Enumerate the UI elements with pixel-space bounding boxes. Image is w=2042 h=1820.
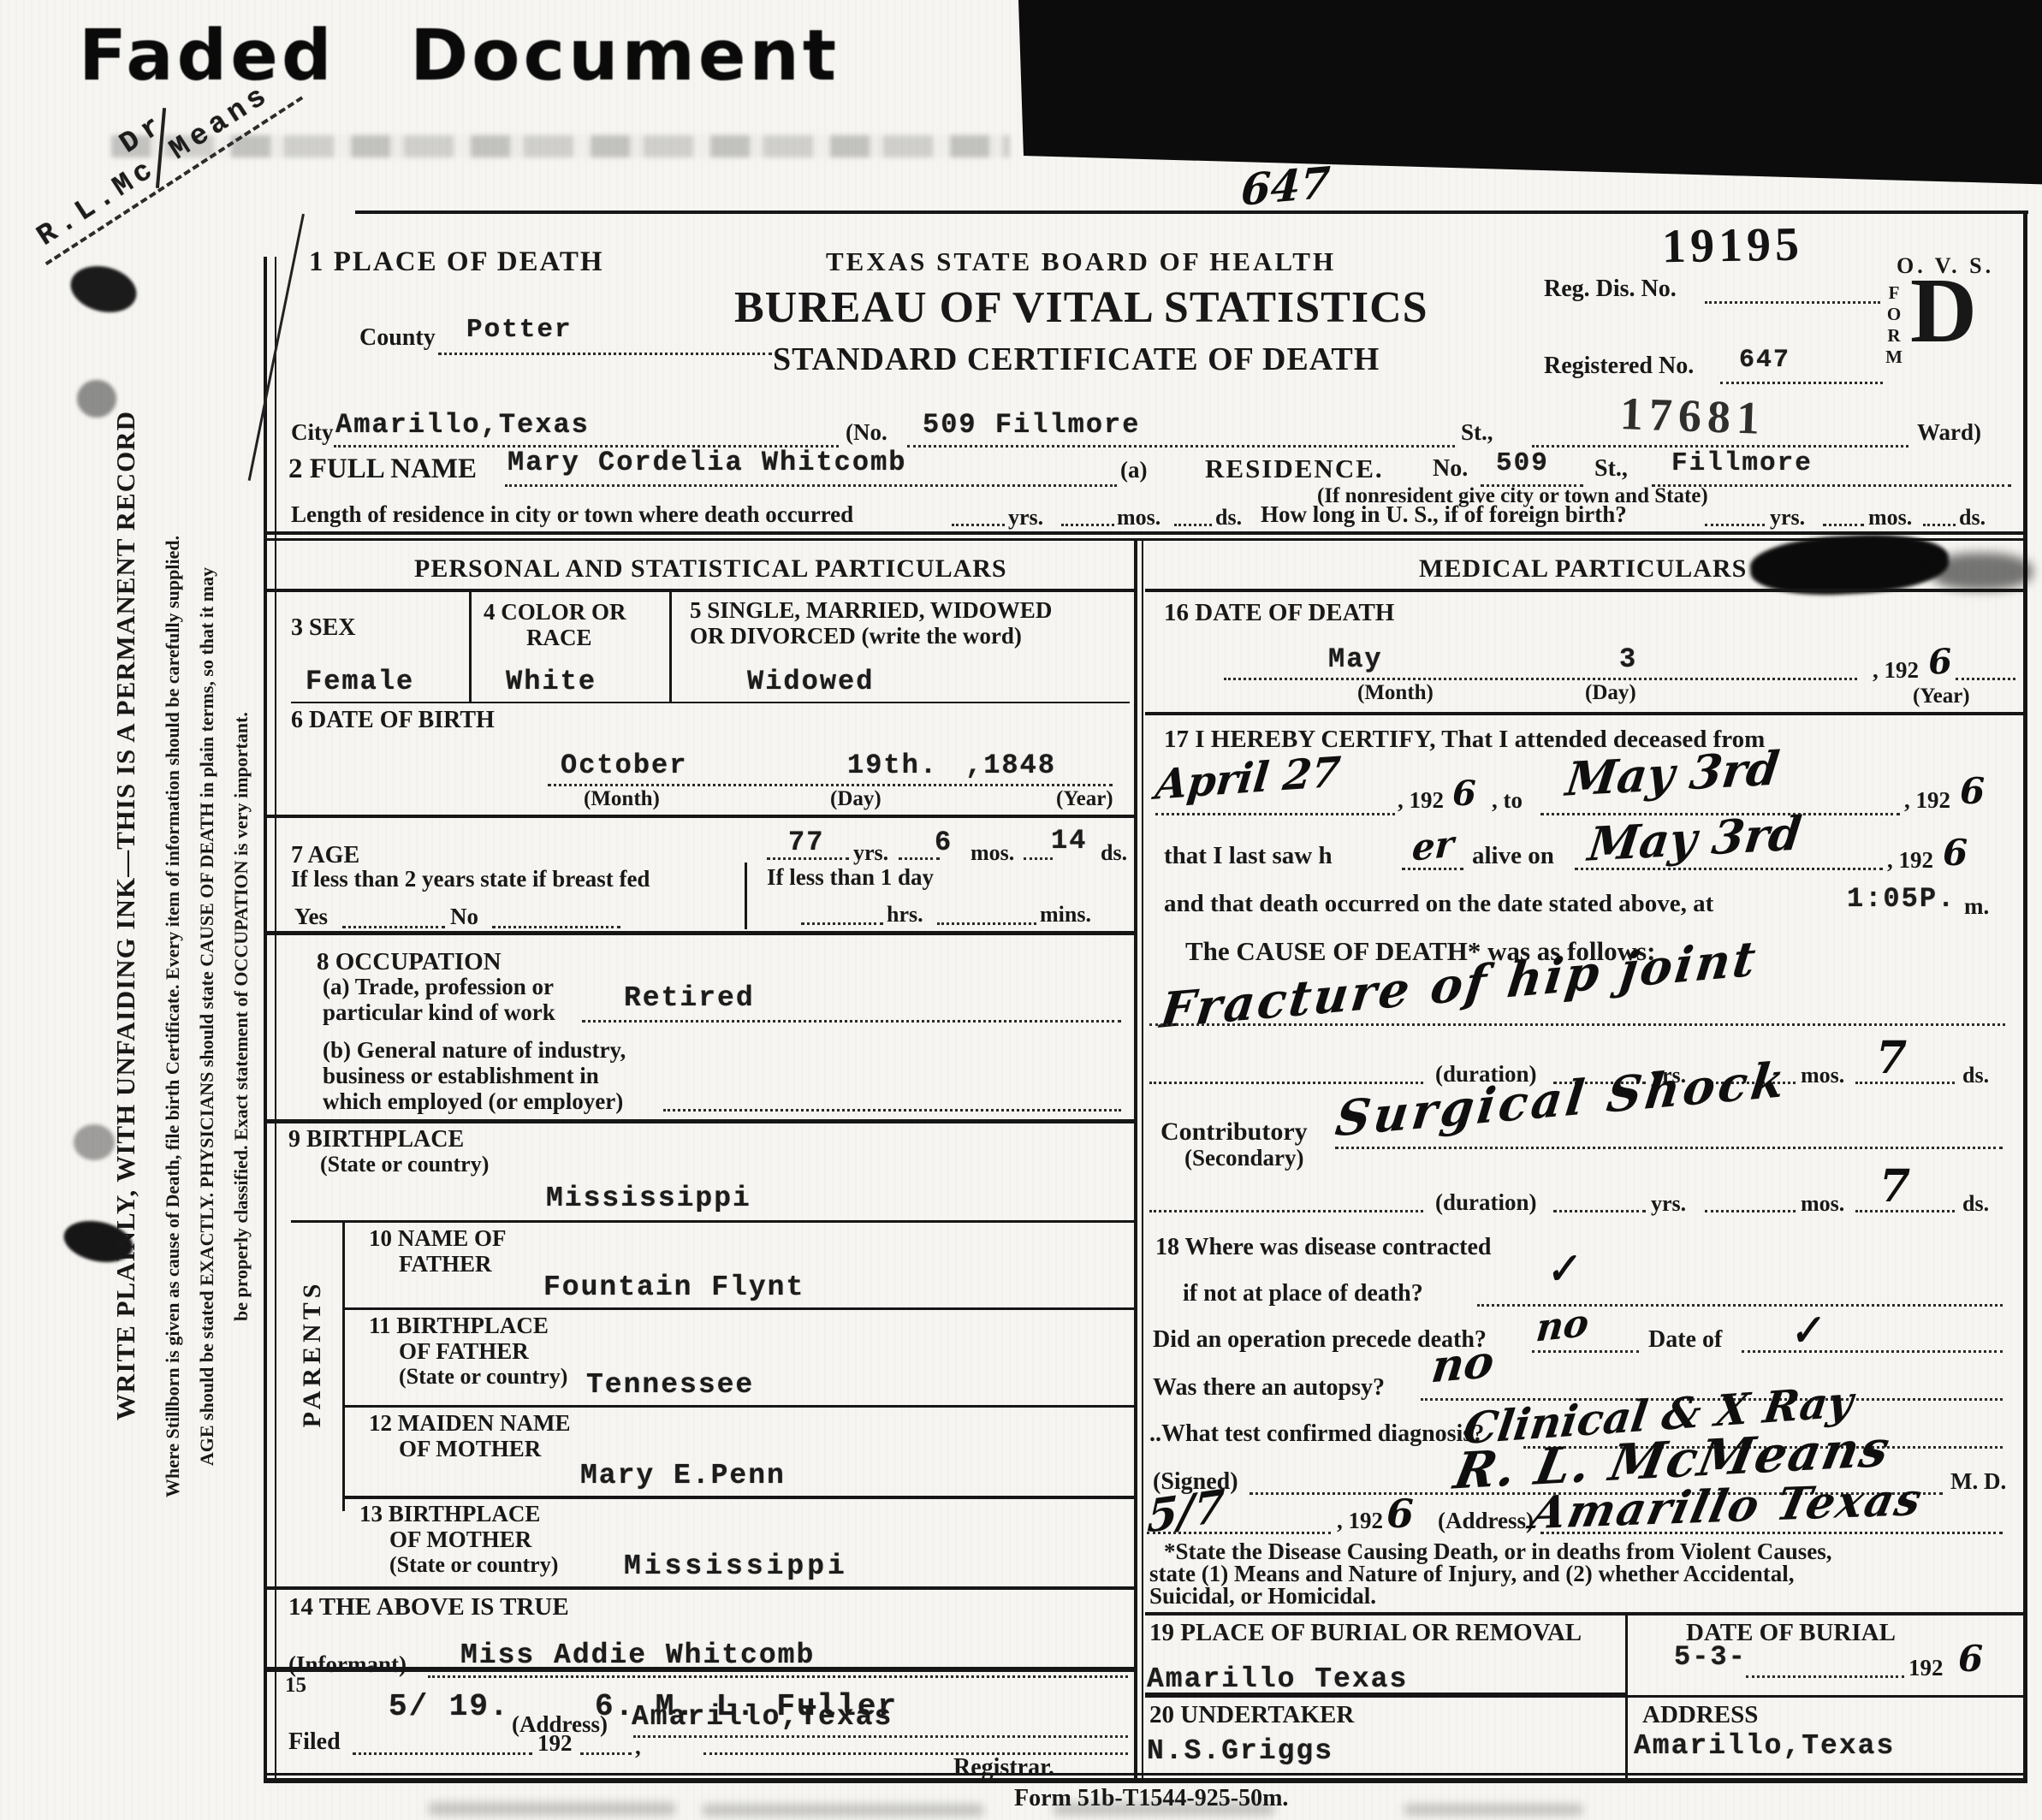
mother-name-label1: 12 MAIDEN NAME	[369, 1410, 571, 1437]
undertaker-address-label: ADDRESS	[1642, 1701, 1758, 1729]
dur2-dl2	[1705, 1210, 1796, 1212]
informant-address-line	[633, 1735, 1128, 1738]
q18-label-2: if not at place of death?	[1183, 1280, 1423, 1307]
father-bp-label1: 11 BIRTHPLACE	[369, 1313, 549, 1339]
dob-month-value: October	[561, 750, 687, 781]
form-border-bottom-thick	[264, 1778, 2027, 1783]
res-st-label: St.,	[1594, 455, 1628, 483]
len-mos2: mos.	[1868, 505, 1912, 531]
scanned-death-certificate: Faded Document 647 Dr R.L.Mc Means WRITE…	[0, 0, 2042, 1820]
marital-label-2: OR DIVORCED (write the word)	[690, 623, 1022, 649]
form-number: Form 51b-T1544-925-50m.	[1014, 1785, 1288, 1812]
ward-label: Ward)	[1917, 419, 1981, 446]
len-dl3	[1174, 524, 1212, 526]
field1-label: 1 PLACE OF DEATH	[309, 246, 604, 278]
filed-comma: ,	[635, 1734, 641, 1760]
autopsy-answer-hw: no	[1428, 1335, 1497, 1393]
mother-bp-cap: (State or country)	[389, 1552, 558, 1578]
father-name-value: Fountain Flynt	[543, 1272, 804, 1303]
full-name-value: Mary Cordelia Whitcomb	[508, 447, 906, 478]
len-mos: mos.	[1117, 505, 1160, 531]
footnote-line3: Suicidal, or Homicidal.	[1149, 1583, 1376, 1610]
county-line	[438, 353, 772, 355]
reg-dis-line	[1705, 301, 1880, 304]
hole-punch-3	[74, 1124, 115, 1160]
form-border-top	[355, 210, 2028, 214]
occ-a-value: Retired	[624, 982, 755, 1014]
father-bp-value: Tennessee	[586, 1369, 754, 1401]
mother-bp-value: Mississippi	[624, 1550, 848, 1582]
date-of-line	[1742, 1350, 2003, 1353]
dob-day-cap: (Day)	[830, 787, 882, 811]
dob-year-cap: (Year)	[1056, 787, 1113, 811]
filed-192: 192	[537, 1730, 573, 1757]
father-bp-label2: OF FATHER	[399, 1338, 529, 1365]
street-no-value: 509 Fillmore	[923, 409, 1140, 441]
dur1-dl0	[1149, 1082, 1423, 1084]
dob-year-value: ,1848	[965, 750, 1056, 781]
dur1-mos: mos.	[1801, 1063, 1844, 1088]
secondary-label: (Secondary)	[1184, 1145, 1303, 1171]
dod-month-value: May	[1328, 643, 1383, 675]
sign-address-label: (Address)	[1438, 1508, 1534, 1534]
residence-label: RESIDENCE.	[1205, 454, 1384, 484]
undertaker-label: 20 UNDERTAKER	[1149, 1701, 1354, 1729]
operation-line	[1532, 1350, 1639, 1353]
margin-warning-text: WRITE PLAINLY, WITH UNFAIDING INK—THIS I…	[110, 188, 141, 1643]
registrar-line	[703, 1752, 1128, 1755]
bottom-smudge-4	[1404, 1804, 1583, 1816]
form-border-left-inner	[275, 257, 276, 1780]
left-rule-15-top	[264, 1667, 1137, 1672]
age-divider	[745, 863, 747, 929]
death-time-value: 1:05P.	[1847, 883, 1956, 915]
parents-divider	[342, 1220, 345, 1511]
mother-name-value: Mary E.Penn	[580, 1460, 786, 1491]
dod-day-value: 3	[1619, 643, 1637, 675]
form-letter-d: D	[1910, 258, 1977, 365]
form-border-right	[2023, 210, 2027, 1781]
section-rule-2	[264, 538, 2025, 541]
parents-label: PARENTS	[298, 1230, 327, 1478]
undertaker-address-value: Amarillo,Texas	[1634, 1730, 1895, 1762]
dur2-dl3	[1855, 1210, 1955, 1212]
registrar-label: Registrar.	[953, 1754, 1054, 1781]
occupation-label: 8 OCCUPATION	[317, 948, 502, 976]
attend-to-hw: May 3rd	[1563, 740, 1782, 807]
registrar-name-value: 6. M. L. Fuller	[595, 1689, 898, 1724]
age-mos-label: mos.	[971, 840, 1014, 866]
mins-dl	[937, 922, 1036, 925]
date-of-check-icon: ✓	[1785, 1306, 1825, 1356]
left-rule-j	[264, 1586, 1137, 1590]
above-true-label: 14 THE ABOVE IS TRUE	[288, 1593, 569, 1621]
org-line1: TEXAS STATE BOARD OF HEALTH	[826, 246, 1336, 277]
len-ds2: ds.	[1959, 505, 1986, 531]
mother-bp-label1: 13 BIRTHPLACE	[359, 1501, 540, 1527]
date-of-label: Date of	[1648, 1326, 1722, 1354]
bottom-smudge-2	[702, 1804, 984, 1817]
section-rule-1	[264, 531, 2025, 535]
form-border-left-outer	[264, 257, 267, 1780]
certify-192a: , 192	[1398, 787, 1444, 814]
father-name-label1: 10 NAME OF	[369, 1225, 506, 1252]
death-occurred-label: and that death occurred on the date stat…	[1164, 890, 1713, 918]
occ-a-line	[582, 1020, 1121, 1023]
dod-line	[1224, 678, 1857, 680]
father-name-label2: FATHER	[399, 1251, 492, 1278]
dod-month-cap: (Month)	[1357, 681, 1434, 705]
registered-no-label: Registered No.	[1544, 353, 1694, 380]
sign-date-line	[1147, 1532, 1331, 1534]
age-dl2	[899, 857, 940, 860]
registered-no-line	[1720, 382, 1883, 384]
city-stamp-number: 17681	[1619, 387, 1766, 445]
dur1-value-hw: 7	[1876, 1032, 1907, 1084]
hrs-dl	[801, 922, 883, 925]
test-label: ..What test confirmed diagnosis?	[1149, 1420, 1484, 1448]
left-rule-a	[264, 589, 1137, 592]
field2-label: 2 FULL NAME	[288, 454, 477, 485]
color-marital-divider	[669, 592, 672, 702]
no-line	[492, 926, 620, 928]
no-label: No	[450, 904, 478, 930]
left-rule-c	[264, 815, 1137, 818]
certify-dl1	[1155, 813, 1395, 815]
birthplace-value: Mississippi	[546, 1183, 751, 1214]
yes-label: Yes	[294, 904, 328, 930]
burial-date-line	[1746, 1675, 1904, 1678]
alive-on-label: alive on	[1472, 842, 1554, 870]
age-dl3	[1024, 857, 1053, 860]
less-day-label: If less than 1 day	[767, 864, 934, 891]
len-yrs: yrs.	[1008, 505, 1043, 531]
cause-line	[1149, 1023, 2005, 1026]
faded-text-artifact	[111, 135, 1010, 157]
age-ds-value: 14	[1051, 825, 1087, 857]
street-no-label: (No.	[846, 419, 887, 446]
dod-year-cap: (Year)	[1913, 685, 1970, 708]
sign-year-hw: 6	[1386, 1491, 1414, 1537]
ink-blot-smear	[1930, 553, 2033, 590]
form-border-bottom-thin	[264, 1773, 2027, 1776]
dur2-ds: ds.	[1962, 1191, 1989, 1217]
reg-dis-label: Reg. Dis. No.	[1544, 276, 1677, 303]
right-rule-a	[1145, 589, 2025, 592]
color-label-1: 4 COLOR OR	[484, 599, 626, 625]
contributory-line	[1335, 1147, 2003, 1149]
age-yrs-label: yrs.	[853, 840, 888, 866]
occ-a-line2: particular kind of work	[323, 999, 555, 1026]
to-label: , to	[1492, 787, 1523, 814]
sex-value: Female	[306, 666, 414, 697]
lastsaw-dl1	[1402, 868, 1463, 870]
sign-192: , 192	[1337, 1508, 1383, 1534]
age-mos-value: 6	[935, 827, 953, 858]
filed-date-value: 5/ 19.	[389, 1689, 510, 1724]
dob-month-cap: (Month)	[584, 787, 660, 811]
left-rule-b	[291, 702, 1130, 703]
dur2-value-hw: 7	[1879, 1160, 1910, 1212]
dur1-ds: ds.	[1962, 1063, 1989, 1088]
ward-line	[1532, 445, 1908, 448]
registered-no-value: 647	[1739, 346, 1790, 375]
attend-from-hw: April 27	[1153, 748, 1342, 809]
burial-place-value: Amarillo Texas	[1147, 1663, 1408, 1695]
dob-day-value: 19th.	[847, 750, 938, 781]
column-divider-inner	[1142, 538, 1143, 1778]
sign-address-line	[1540, 1532, 2003, 1534]
burial-year-hw: 6	[1958, 1638, 1983, 1680]
dod-label: 16 DATE OF DEATH	[1164, 599, 1394, 627]
margin-note-line3: be properly classified. Exact statement …	[230, 225, 252, 1808]
right-rule-b	[1145, 712, 2025, 715]
burial-rule-mid	[1145, 1695, 2025, 1698]
right-section-title: MEDICAL PARTICULARS	[1419, 554, 1747, 584]
alive-date-hw: May 3rd	[1585, 805, 1804, 872]
sec15-label: 15	[285, 1674, 306, 1698]
left-rule-h	[345, 1405, 1134, 1408]
len-dl5	[1823, 524, 1864, 526]
age-dl1	[767, 857, 849, 860]
dur2-yrs: yrs.	[1651, 1191, 1686, 1217]
left-rule-g	[345, 1307, 1134, 1310]
contributory-value-hw: Surgical Shock	[1333, 1051, 1791, 1147]
len-dl1	[952, 524, 1005, 526]
occ-a-line1: (a) Trade, profession or	[323, 974, 554, 1000]
county-value: Potter	[466, 315, 573, 345]
dod-192: , 192	[1873, 657, 1919, 684]
undertaker-value: N.S.Griggs	[1147, 1735, 1333, 1767]
certify-6b: 6	[1960, 770, 1985, 812]
left-rule-f	[291, 1220, 1134, 1223]
burial-192: 192	[1908, 1655, 1944, 1681]
left-rule-e	[264, 1119, 1137, 1123]
column-divider-outer	[1134, 538, 1137, 1778]
a-label: (a)	[1120, 457, 1147, 483]
death-m-label: m.	[1964, 893, 1989, 920]
certify-192b: , 192	[1904, 787, 1950, 814]
how-long-label: How long in U. S., if of foreign birth?	[1261, 501, 1627, 528]
sex-color-divider	[469, 592, 472, 702]
marital-label-1: 5 SINGLE, MARRIED, WIDOWED	[690, 597, 1052, 624]
burial-date-value: 5-3-	[1674, 1641, 1747, 1673]
contributory-label: Contributory	[1160, 1117, 1308, 1147]
filed-dl1	[353, 1752, 532, 1755]
occ-b-line3: which employed (or employer)	[323, 1088, 623, 1115]
lastsaw-dl2	[1575, 868, 1883, 870]
occ-b-line2: business or establishment in	[323, 1063, 599, 1089]
sex-label: 3 SEX	[291, 614, 355, 642]
lastsaw-192: , 192	[1887, 847, 1933, 874]
filed-dl2	[580, 1752, 632, 1755]
len-ds: ds.	[1215, 505, 1242, 531]
street-line	[907, 445, 1455, 448]
form-vertical-label: F O R M	[1883, 282, 1905, 368]
filed-label: Filed	[288, 1728, 341, 1756]
dod-line2	[1956, 678, 2015, 680]
color-value: White	[506, 666, 597, 697]
left-section-title: PERSONAL AND STATISTICAL PARTICULARS	[414, 554, 1007, 584]
occ-b-line	[663, 1109, 1121, 1112]
operation-answer-hw: no	[1534, 1301, 1590, 1350]
breast-fed-label: If less than 2 years state if breast fed	[291, 866, 650, 892]
dod-day-cap: (Day)	[1585, 681, 1636, 705]
last-saw-hw: er	[1410, 822, 1455, 869]
res-st-value: Fillmore	[1671, 448, 1813, 478]
handwritten-reg-647: 647	[1240, 157, 1332, 216]
len-dl4	[1705, 524, 1765, 526]
city-value: Amarillo,Texas	[335, 409, 590, 441]
org-line3: STANDARD CERTIFICATE OF DEATH	[773, 341, 1380, 378]
dod-year-hw: 6	[1926, 641, 1953, 683]
marital-value: Widowed	[747, 666, 874, 697]
len-yrs2: yrs.	[1770, 505, 1805, 531]
bottom-smudge-1	[428, 1802, 676, 1816]
st-label: St.,	[1461, 419, 1493, 446]
color-label-2: RACE	[526, 625, 592, 651]
dur2-dl1	[1553, 1210, 1646, 1212]
res-no-label: No.	[1433, 455, 1468, 483]
birthplace-cap: (State or country)	[320, 1152, 489, 1177]
left-rule-i	[345, 1496, 1134, 1499]
birthplace-label: 9 BIRTHPLACE	[288, 1126, 464, 1153]
age-yrs-value: 77	[788, 827, 824, 858]
margin-note-line2: AGE should be stated EXACTLY. PHYSICIANS…	[196, 225, 218, 1808]
informant-line	[428, 1675, 1128, 1678]
occ-b-line1: (b) General nature of industry,	[323, 1037, 626, 1064]
dob-label: 6 DATE OF BIRTH	[291, 707, 495, 734]
full-name-line	[505, 484, 1117, 487]
res-no-value: 509	[1496, 448, 1549, 478]
org-line2: BUREAU OF VITAL STATISTICS	[734, 282, 1428, 333]
scan-black-block	[1018, 0, 2042, 190]
certify-6a: 6	[1452, 774, 1476, 814]
burial-label: 19 PLACE OF BURIAL OR REMOVAL	[1149, 1619, 1582, 1647]
city-label: City	[291, 419, 334, 446]
burial-rule-top	[1145, 1612, 2025, 1615]
dob-line	[548, 784, 1113, 786]
dur2-mos: mos.	[1801, 1191, 1844, 1217]
dur2-dl0	[1149, 1210, 1423, 1212]
length-label: Length of residence in city or town wher…	[291, 501, 853, 528]
mother-bp-label2: OF MOTHER	[389, 1527, 531, 1553]
last-saw-label: that I last saw h	[1164, 842, 1333, 870]
margin-note-line1: Where Stillborn is given as cause of Dea…	[162, 225, 184, 1808]
yes-line	[342, 926, 445, 928]
duration2-label: (duration)	[1435, 1189, 1537, 1216]
mins-label: mins.	[1040, 902, 1091, 928]
len-dl2	[1061, 524, 1114, 526]
len-dl6	[1923, 524, 1956, 526]
mother-name-label2: OF MOTHER	[399, 1436, 541, 1462]
county-label: County	[359, 324, 436, 352]
certificate-number-stamp: 19195	[1661, 217, 1803, 275]
age-ds-label: ds.	[1101, 840, 1127, 866]
dur1-dl3	[1855, 1082, 1955, 1084]
lastsaw-6: 6	[1943, 832, 1968, 874]
father-bp-cap: (State or country)	[399, 1364, 567, 1390]
md-label: M. D.	[1950, 1468, 2006, 1495]
left-rule-d	[264, 931, 1137, 935]
q18-check-icon: ✓	[1541, 1244, 1581, 1295]
hrs-label: hrs.	[887, 902, 923, 928]
q18-label-1: 18 Where was disease contracted	[1155, 1234, 1491, 1261]
autopsy-label: Was there an autopsy?	[1153, 1374, 1385, 1402]
